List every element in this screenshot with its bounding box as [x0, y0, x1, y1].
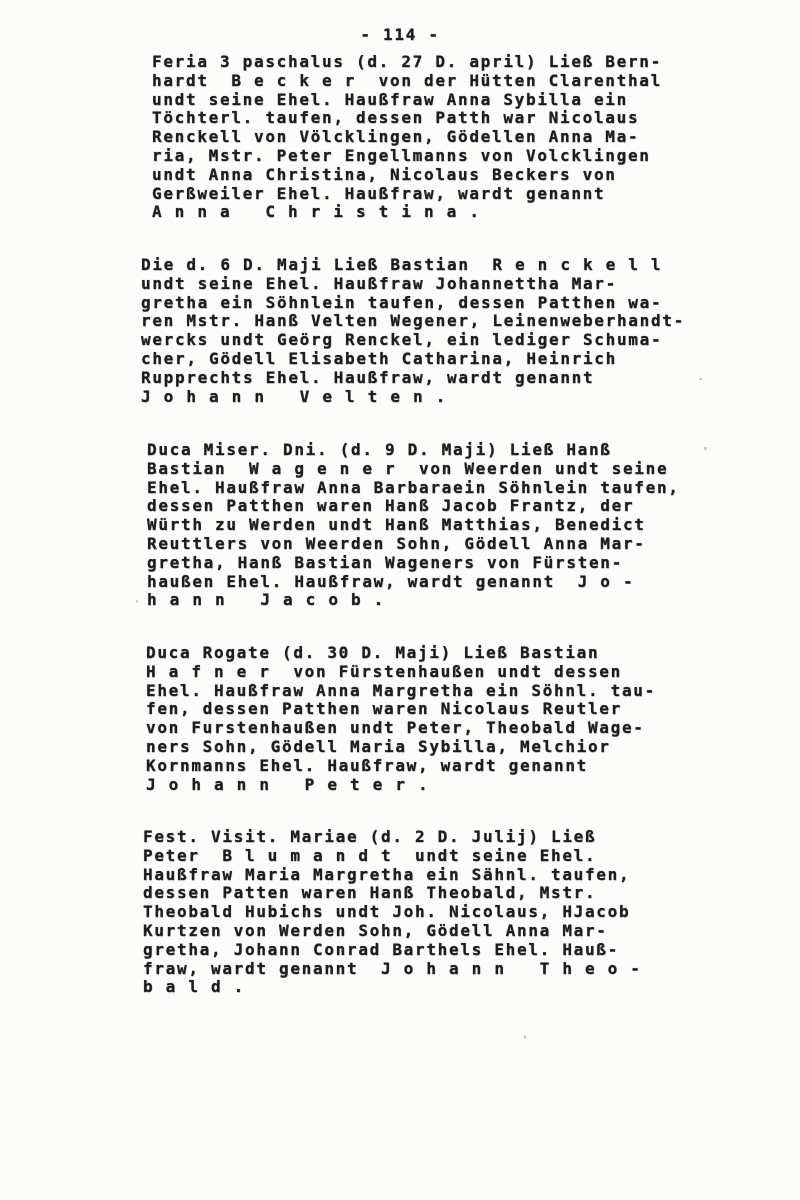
baptism-entry-renckell: Die d. 6 D. Maji Ließ Bastian R e n c k … [141, 256, 685, 406]
scanned-register-page: - 114 - Feria 3 paschalus (d. 27 D. apri… [0, 0, 800, 1200]
scan-speckle [524, 1035, 526, 1039]
baptism-entry-becker: Feria 3 paschalus (d. 27 D. april) Ließ … [152, 53, 662, 222]
baptism-entry-hafner: Duca Rogate (d. 30 D. Maji) Ließ Bastian… [146, 644, 656, 794]
baptism-entry-blumandt: Fest. Visit. Mariae (d. 2 D. Julij) Ließ… [143, 828, 642, 997]
baptism-entry-wagener: Duca Miser. Dni. (d. 9 D. Maji) Ließ Han… [147, 441, 680, 610]
scan-speckle [704, 447, 707, 450]
scan-speckle [699, 378, 702, 380]
page-number: - 114 - [0, 26, 800, 45]
scan-speckle [136, 600, 138, 603]
